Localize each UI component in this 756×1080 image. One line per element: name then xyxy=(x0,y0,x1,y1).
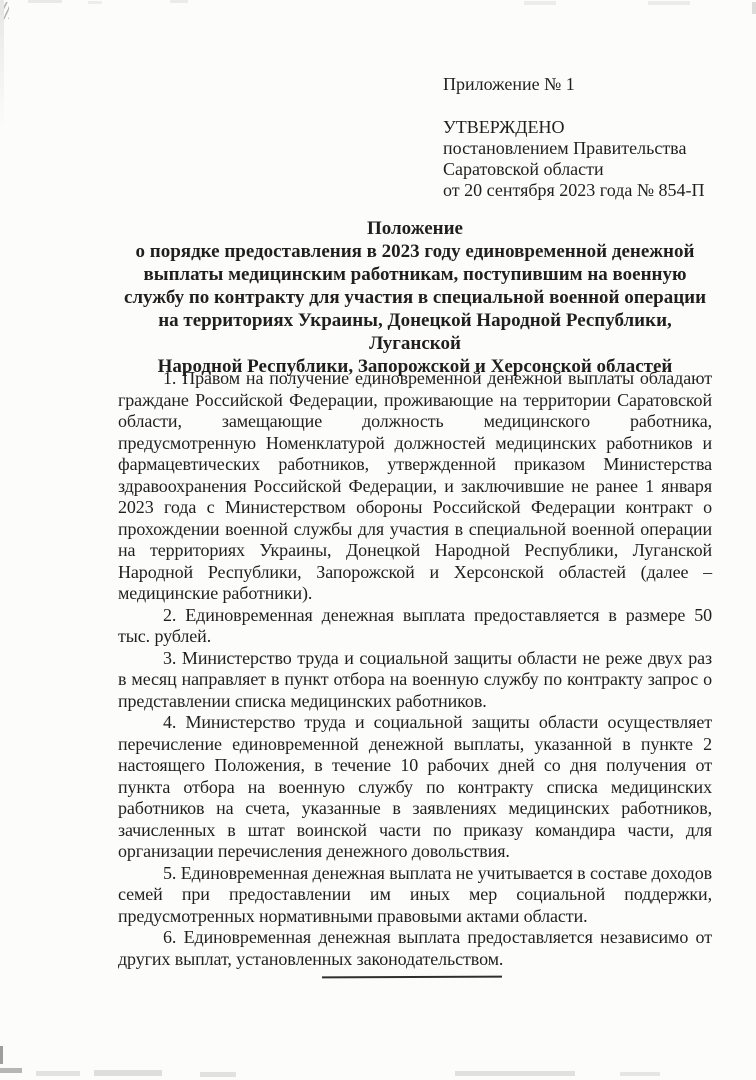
title-line: Положение xyxy=(118,217,712,240)
scan-artifact-bottom xyxy=(200,1072,236,1077)
scan-artifact-bottom xyxy=(94,1070,162,1076)
approval-block: УТВЕРЖДЕНО постановлением Правительства … xyxy=(443,117,705,201)
title-line: на территориях Украины, Донецкой Народно… xyxy=(118,309,712,355)
title-line: выплаты медицинским работникам, поступив… xyxy=(118,263,712,286)
appendix-label: Приложение № 1 xyxy=(443,74,575,95)
scanned-document-page: Приложение № 1 УТВЕРЖДЕНО постановлением… xyxy=(0,0,756,1080)
approval-line: постановлением Правительства xyxy=(443,138,705,159)
scan-artifact-bottom xyxy=(0,1068,22,1073)
document-body: 1. Правом на получение единовременной де… xyxy=(118,368,712,970)
scan-artifact-left-edge xyxy=(0,0,4,130)
body-paragraph-5: 5. Единовременная денежная выплата не уч… xyxy=(118,863,712,928)
scan-artifact-corner-slashes xyxy=(1,2,9,19)
title-line: службу по контракту для участия в специа… xyxy=(118,286,712,309)
approval-word: УТВЕРЖДЕНО xyxy=(443,117,705,138)
scan-artifact-bottom xyxy=(455,1071,575,1076)
scan-artifact-top xyxy=(524,1,556,5)
signature-rule xyxy=(322,976,502,979)
scan-artifact-left-edge xyxy=(0,1046,3,1064)
body-paragraph-3: 3. Министерство труда и социальной защит… xyxy=(118,648,712,713)
approval-line: от 20 сентября 2023 года № 854-П xyxy=(443,180,705,201)
body-paragraph-1: 1. Правом на получение единовременной де… xyxy=(118,368,712,605)
body-paragraph-6: 6. Единовременная денежная выплата предо… xyxy=(118,927,712,970)
body-paragraph-4: 4. Министерство труда и социальной защит… xyxy=(118,712,712,863)
body-paragraph-2: 2. Единовременная денежная выплата предо… xyxy=(118,605,712,648)
scan-artifact-top xyxy=(88,1,102,4)
scan-artifact-top xyxy=(170,0,188,3)
approval-line: Саратовской области xyxy=(443,159,705,180)
scan-artifact-bottom xyxy=(620,1072,660,1076)
scan-artifact-top xyxy=(648,1,690,5)
scan-artifact-bottom xyxy=(36,1071,80,1076)
scan-artifact-top xyxy=(28,0,62,3)
title-line: о порядке предоставления в 2023 году еди… xyxy=(118,240,712,263)
scan-artifact-right-edge xyxy=(752,2,756,14)
document-title: Положение о порядке предоставления в 202… xyxy=(118,217,712,378)
